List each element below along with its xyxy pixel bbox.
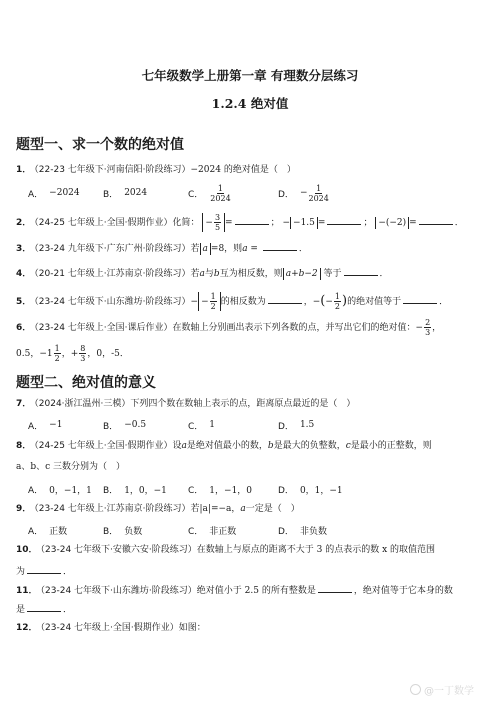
question-number: 6． [16,323,31,333]
question-8-line-2: a、b、c 三数分别为（ ） [16,461,125,473]
question-number: 2． [16,218,31,228]
absolute-value-expr: −12 [198,292,221,311]
option-c[interactable]: C．1，−1，0 [188,478,252,500]
answer-blank[interactable] [27,564,61,574]
question-stem: −2024 的绝对值是（ ） [191,165,296,175]
question-5: 5．（23-24 七年级下·山东潍坊·阶段练习）−−12的相反数为，−(−12)… [16,292,448,311]
absolute-value-expr: −35 [202,213,225,232]
answer-blank[interactable] [419,215,453,225]
answer-blank[interactable] [268,294,302,304]
section-heading-2: 题型二、绝对值的意义 [16,372,156,392]
question-source: （23-24 七年级上·全国·课后作业） [34,323,172,333]
question-8: 8．（24-25 七年级上·全国·假期作业）设a是绝对值最小的数，b是最大的负整… [16,440,432,452]
absolute-value-expr: −1.5 [290,217,318,229]
question-10: 10．（23-24 七年级下·安徽六安·阶段练习）在数轴上与原点的距离不大于 3… [16,544,435,556]
option-b[interactable]: B．−0.5 [103,414,146,436]
question-2: 2．（24-25 七年级上·全国·假期作业）化简： −35=； −−1.5=； … [16,213,464,232]
worksheet-page: 七年级数学上册第一章 有理数分层练习 1.2.4 绝对值 题型一、求一个数的绝对… [0,0,500,707]
answer-blank[interactable] [403,294,437,304]
watermark-logo-icon [410,684,421,695]
document-subtitle: 1.2.4 绝对值 [0,94,500,112]
answer-blank[interactable] [235,215,269,225]
option-b[interactable]: B．负数 [103,519,142,541]
option-d[interactable]: D．0，1，−1 [278,478,343,500]
question-11: 11．（23-24 七年级下·山东潍坊·阶段练习）绝对值小于 2.5 的所有整数… [16,583,453,597]
question-4: 4．（20-21 七年级上·江苏南京·阶段练习）若a与b互为相反数，则a+b−2… [16,266,389,280]
option-d[interactable]: D．1.5 [278,414,314,436]
option-c[interactable]: C．非正数 [188,519,236,541]
option-d[interactable]: D．−12024 [278,182,330,204]
question-9-options: A．正数 B．负数 C．非正数 D．非负数 [28,519,468,541]
question-number: 8． [16,441,31,451]
question-source: （23-24 七年级上·全国·假期作业） [41,623,179,633]
question-3: 3．（23-24 九年级下·广东广州·阶段练习）若a=8，则a = ． [16,241,308,255]
question-8-options: A．0，−1，1 B．1，0，−1 C．1，−1，0 D．0，1，−1 [28,478,468,500]
question-source: （24-25 七年级上·全国·假期作业） [34,218,172,228]
answer-blank[interactable] [318,583,352,593]
answer-blank[interactable] [344,266,378,276]
question-11-line-2: 是． [16,602,72,616]
fraction: 12024 [210,184,230,203]
fraction: 83 [79,344,86,363]
question-number: 4． [16,269,31,279]
absolute-value-expr: a+b−2 [283,268,321,280]
fraction: 12 [334,292,341,311]
question-source: （20-21 七年级上·江苏南京·阶段练习） [34,269,190,279]
fraction: 12024 [308,184,328,203]
question-7-options: A．−1 B．−0.5 C．1 D．1.5 [28,414,468,436]
question-number: 7． [16,399,31,409]
question-source: （23-24 七年级下·山东潍坊·阶段练习） [41,586,197,596]
question-number: 9． [16,504,31,514]
question-source: （23-24 七年级下·山东潍坊·阶段练习） [34,297,190,307]
question-number: 3． [16,244,31,254]
answer-blank[interactable] [263,241,297,251]
option-b[interactable]: B．1，0，−1 [103,478,167,500]
fraction: 23 [424,318,431,337]
option-c[interactable]: C．12024 [188,182,232,204]
question-source: （2024·浙江温州·三模） [34,399,130,409]
question-6: 6．（23-24 七年级上·全国·课后作业）在数轴上分别画出表示下列各数的点，并… [16,318,441,337]
absolute-value-expr: −(−2) [375,217,409,229]
option-a[interactable]: A．0，−1，1 [28,478,92,500]
question-source: （24-25 七年级上·全国·假期作业） [34,441,172,451]
question-number: 5． [16,297,31,307]
question-source: （23-24 七年级上·江苏南京·阶段练习） [34,504,190,514]
answer-blank[interactable] [327,215,361,225]
question-number: 1． [16,165,31,175]
section-heading-1: 题型一、求一个数的绝对值 [16,134,184,154]
option-a[interactable]: A．−2024 [28,182,80,204]
option-a[interactable]: A．−1 [28,414,62,436]
option-c[interactable]: C．1 [188,414,215,436]
question-7: 7．（2024·浙江温州·三模）下列四个数在数轴上表示的点，距离原点最近的是（ … [16,398,355,410]
question-10-line-2: 为． [16,564,72,578]
question-1-options: A．−2024 B．2024 C．12024 D．−12024 [28,182,468,204]
answer-blank[interactable] [27,602,61,612]
question-9: 9．（23-24 七年级上·江苏南京·阶段练习）若|a|=−a，a一定是（ ） [16,503,300,515]
question-number: 10． [16,545,38,555]
option-d[interactable]: D．非负数 [278,519,327,541]
watermark: @一丁数学 [410,682,474,697]
question-source: （23-24 九年级下·广东广州·阶段练习） [34,244,190,254]
question-6-line-2: 0.5，−112，+83，0，-5． [16,344,129,363]
question-source: （23-24 七年级下·安徽六安·阶段练习） [41,545,197,555]
question-12: 12．（23-24 七年级上·全国·假期作业）如图： [16,622,206,634]
document-title: 七年级数学上册第一章 有理数分层练习 [0,66,500,84]
absolute-value-expr: a [200,243,211,255]
question-1: 1．（22-23 七年级下·河南信阳·阶段练习）−2024 的绝对值是（ ） [16,164,296,176]
question-source: （22-23 七年级下·河南信阳·阶段练习） [34,165,190,175]
question-number: 12． [16,623,38,633]
option-a[interactable]: A．正数 [28,519,67,541]
question-number: 11． [16,586,38,596]
option-b[interactable]: B．2024 [103,182,147,204]
fraction: 12 [54,344,61,363]
